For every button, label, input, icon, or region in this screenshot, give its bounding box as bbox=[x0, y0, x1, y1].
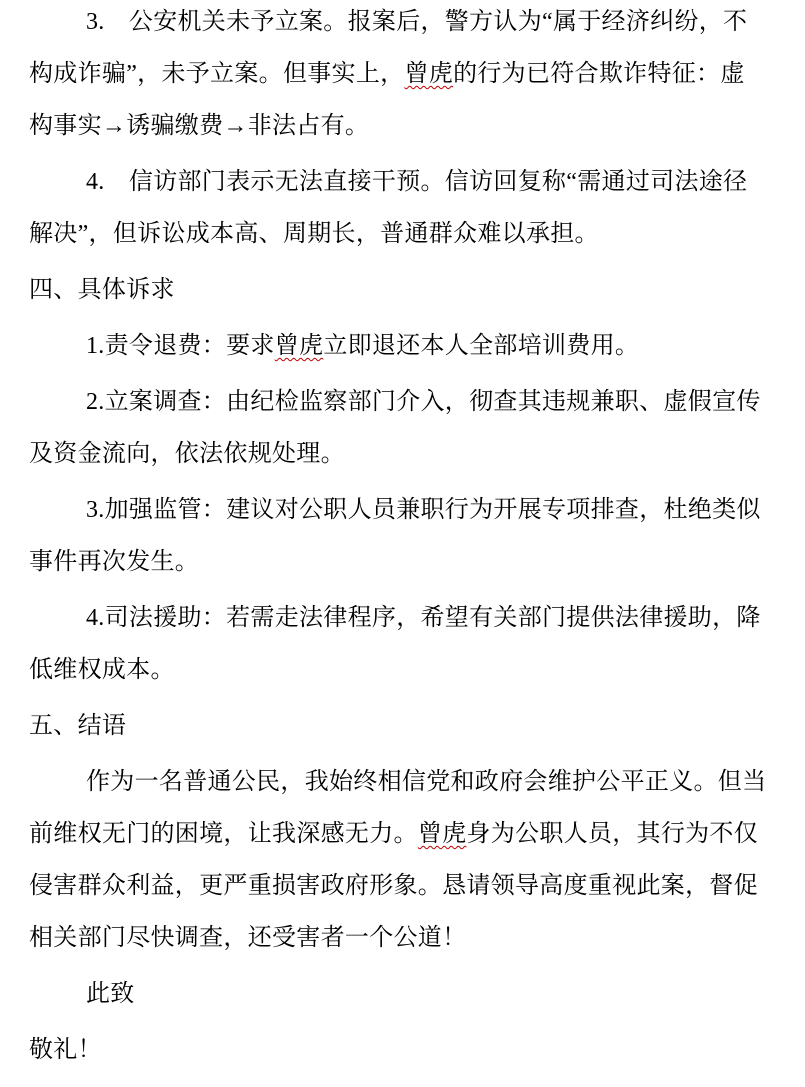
text-segment: 前维权无门的困境，让我深感无力。 bbox=[29, 821, 418, 847]
text-line: 四、具体诉求 bbox=[29, 264, 769, 316]
text-segment: 3.加强监管：建议对公职人员兼职行为开展专项排查，杜绝类似 bbox=[86, 497, 761, 523]
text-segment: 3. 公安机关未予立案。报案后，警方认为“属于经济纠纷，不 bbox=[86, 9, 747, 35]
closing-cizhi: 此致 bbox=[29, 968, 769, 1020]
text-segment: 立即退还本人全部培训费用。 bbox=[323, 333, 639, 359]
document-page: 3. 公安机关未予立案。报案后，警方认为“属于经济纠纷，不构成诈骗”，未予立案。… bbox=[0, 0, 805, 1087]
text-segment: 侵害群众利益，更严重损害政府形象。恳请领导高度重视此案，督促 bbox=[29, 873, 758, 899]
text-segment: 4.司法援助：若需走法律程序，希望有关部门提供法律援助，降 bbox=[86, 605, 761, 631]
document-page-content: 3. 公安机关未予立案。报案后，警方认为“属于经济纠纷，不构成诈骗”，未予立案。… bbox=[29, 0, 769, 1076]
item-3-police-no-case: 3. 公安机关未予立案。报案后，警方认为“属于经济纠纷，不构成诈骗”，未予立案。… bbox=[29, 0, 769, 152]
text-segment: 敬礼！ bbox=[29, 1037, 102, 1063]
demand-2-investigation: 2.立案调查：由纪检监察部门介入，彻查其违规兼职、虚假宣传及资金流向，依法依规处… bbox=[29, 376, 769, 480]
closing-jingli: 敬礼！ bbox=[29, 1024, 769, 1076]
section-heading-4-demands: 四、具体诉求 bbox=[29, 264, 769, 316]
spellcheck-underlined-name: 曾虎 bbox=[275, 333, 324, 359]
text-line: 及资金流向，依法依规处理。 bbox=[29, 428, 769, 480]
text-segment: 五、结语 bbox=[29, 713, 126, 739]
text-segment: 构成诈骗”，未予立案。但事实上， bbox=[29, 61, 404, 87]
text-line: 侵害群众利益，更严重损害政府形象。恳请领导高度重视此案，督促 bbox=[29, 860, 769, 912]
text-segment: 四、具体诉求 bbox=[29, 277, 175, 303]
text-line: 敬礼！ bbox=[29, 1024, 769, 1076]
text-segment: 1.责令退费：要求 bbox=[86, 333, 275, 359]
item-4-petition-office: 4. 信访部门表示无法直接干预。信访回复称“需通过司法途径解决”，但诉讼成本高、… bbox=[29, 156, 769, 260]
text-segment: 的行为已符合欺诈特征：虚 bbox=[453, 61, 745, 87]
text-segment: 2.立案调查：由纪检监察部门介入，彻查其违规兼职、虚假宣传 bbox=[86, 389, 761, 415]
text-segment: 解决”，但诉讼成本高、周期长，普通群众难以承担。 bbox=[29, 221, 599, 247]
spellcheck-underlined-name: 曾虎 bbox=[418, 821, 467, 847]
text-line: 作为一名普通公民，我始终相信党和政府会维护公平正义。但当 bbox=[29, 756, 769, 808]
demand-4-legal-aid: 4.司法援助：若需走法律程序，希望有关部门提供法律援助，降低维权成本。 bbox=[29, 592, 769, 696]
text-line: 4.司法援助：若需走法律程序，希望有关部门提供法律援助，降 bbox=[29, 592, 769, 644]
demand-3-supervision: 3.加强监管：建议对公职人员兼职行为开展专项排查，杜绝类似事件再次发生。 bbox=[29, 484, 769, 588]
text-segment: 身为公职人员，其行为不仅 bbox=[466, 821, 758, 847]
text-line: 相关部门尽快调查，还受害者一个公道！ bbox=[29, 912, 769, 964]
text-line: 五、结语 bbox=[29, 700, 769, 752]
text-segment: 相关部门尽快调查，还受害者一个公道！ bbox=[29, 925, 466, 951]
text-segment: 构事实→诱骗缴费→非法占有。 bbox=[29, 113, 369, 139]
text-line: 构事实→诱骗缴费→非法占有。 bbox=[29, 100, 769, 152]
text-segment: 此致 bbox=[86, 981, 135, 1007]
text-line: 1.责令退费：要求曾虎立即退还本人全部培训费用。 bbox=[29, 320, 769, 372]
text-line: 3. 公安机关未予立案。报案后，警方认为“属于经济纠纷，不 bbox=[29, 0, 769, 48]
text-line: 3.加强监管：建议对公职人员兼职行为开展专项排查，杜绝类似 bbox=[29, 484, 769, 536]
text-line: 前维权无门的困境，让我深感无力。曾虎身为公职人员，其行为不仅 bbox=[29, 808, 769, 860]
text-line: 低维权成本。 bbox=[29, 644, 769, 696]
text-segment: 及资金流向，依法依规处理。 bbox=[29, 441, 345, 467]
text-line: 解决”，但诉讼成本高、周期长，普通群众难以承担。 bbox=[29, 208, 769, 260]
text-segment: 低维权成本。 bbox=[29, 657, 175, 683]
text-line: 构成诈骗”，未予立案。但事实上，曾虎的行为已符合欺诈特征：虚 bbox=[29, 48, 769, 100]
text-line: 此致 bbox=[29, 968, 769, 1020]
text-line: 4. 信访部门表示无法直接干预。信访回复称“需通过司法途径 bbox=[29, 156, 769, 208]
text-line: 2.立案调查：由纪检监察部门介入，彻查其违规兼职、虚假宣传 bbox=[29, 376, 769, 428]
conclusion-paragraph: 作为一名普通公民，我始终相信党和政府会维护公平正义。但当前维权无门的困境，让我深… bbox=[29, 756, 769, 964]
text-line: 事件再次发生。 bbox=[29, 536, 769, 588]
demand-1-refund: 1.责令退费：要求曾虎立即退还本人全部培训费用。 bbox=[29, 320, 769, 372]
spellcheck-underlined-name: 曾虎 bbox=[404, 61, 453, 87]
text-segment: 事件再次发生。 bbox=[29, 549, 199, 575]
text-segment: 4. 信访部门表示无法直接干预。信访回复称“需通过司法途径 bbox=[86, 169, 747, 195]
text-segment: 作为一名普通公民，我始终相信党和政府会维护公平正义。但当 bbox=[86, 769, 766, 795]
section-heading-5-conclusion: 五、结语 bbox=[29, 700, 769, 752]
